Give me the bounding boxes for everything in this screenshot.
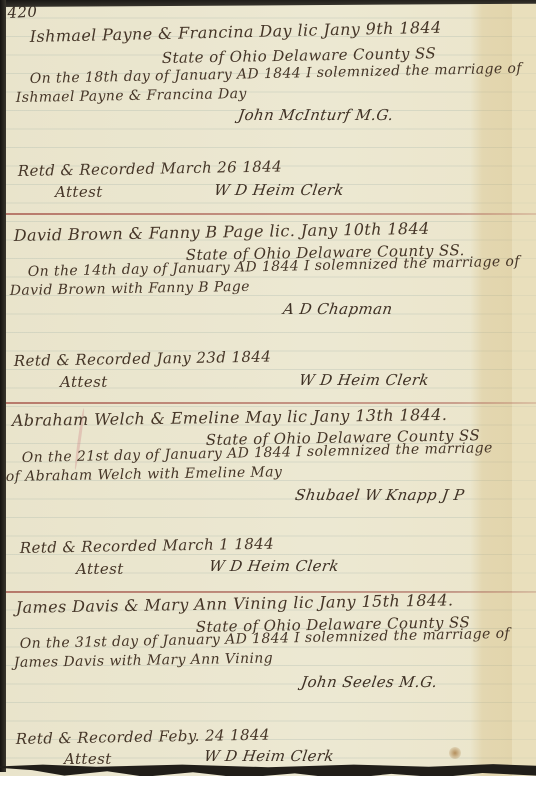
record-clerk-signature: W D Heim Clerk: [298, 371, 430, 389]
entry-signature: John Seeles M.G.: [300, 673, 439, 691]
record-clerk-signature: W D Heim Clerk: [208, 557, 340, 575]
record-attest-label: Attest: [76, 560, 124, 578]
record-attest-label: Attest: [55, 183, 103, 201]
record-attest-label: Attest: [60, 373, 108, 391]
scan-background-gap: [0, 776, 536, 800]
record-clerk-signature: W D Heim Clerk: [203, 747, 335, 765]
entry-signature: A D Chapman: [282, 300, 394, 318]
record-attest-label: Attest: [64, 750, 112, 768]
entry-separator-line: [0, 213, 536, 215]
record-clerk-signature: W D Heim Clerk: [213, 181, 345, 199]
ledger-scan: 420 Ishmael Payne & Francina Day lic Jan…: [0, 0, 536, 800]
entry-separator-line: [0, 402, 536, 404]
binding-edge-left: [0, 0, 6, 772]
entry-signature: Shubael W Knapp J P: [294, 486, 466, 504]
ink-stain: [449, 747, 461, 759]
entry-signature: John McInturf M.G.: [237, 106, 395, 124]
